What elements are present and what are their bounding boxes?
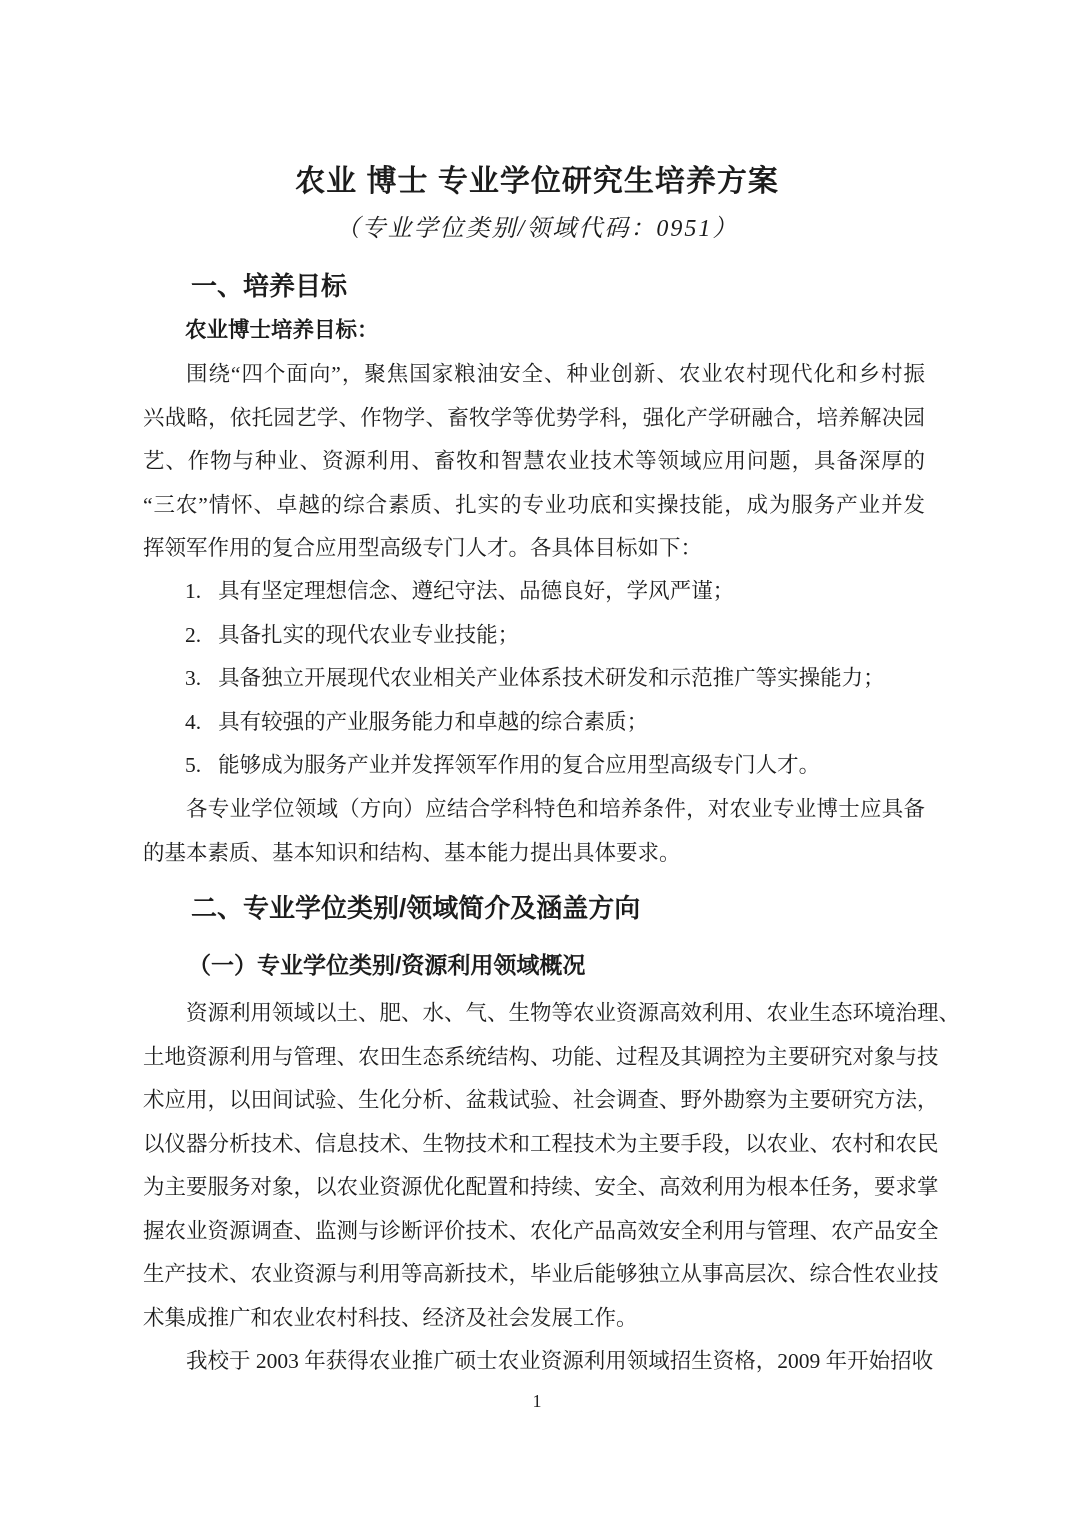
overview-paragraph: 资源利用领域以土、肥、水、气、生物等农业资源高效利用、农业生态环境治理、 土地资… <box>143 992 925 1340</box>
goal-number: 4. <box>185 701 201 745</box>
doc-subtitle: （专业学位类别/领域代码：0951） <box>0 209 1074 249</box>
paragraph-line: 围绕“四个面向”，聚焦国家粮油安全、种业创新、农业农村现代化和乡村振 <box>143 353 925 397</box>
paragraph-line: 为主要服务对象，以农业资源优化配置和持续、安全、高效利用为根本任务，要求掌 <box>143 1166 925 1210</box>
paragraph-line: “三农”情怀、卓越的综合素质、扎实的专业功底和实操技能，成为服务产业并发 <box>143 484 925 528</box>
goal-text: 具有坚定理想信念、遵纪守法、品德良好，学风严谨； <box>218 579 734 603</box>
paragraph-line: 生产技术、农业资源与利用等高新技术，毕业后能够独立从事高层次、综合性农业技 <box>143 1253 925 1297</box>
training-goal-label: 农业博士培养目标： <box>143 309 925 353</box>
goal-item: 4.具有较强的产业服务能力和卓越的综合素质； <box>143 701 925 745</box>
paragraph-line: 土地资源利用与管理、农田生态系统结构、功能、过程及其调控为主要研究对象与技 <box>143 1036 925 1080</box>
paragraph-line: 术集成推广和农业农村科技、经济及社会发展工作。 <box>143 1297 925 1341</box>
goal-item: 5.能够成为服务产业并发挥领军作用的复合应用型高级专门人才。 <box>143 744 925 788</box>
section-heading-training-goals: 一、培养目标 <box>143 266 925 306</box>
subsection-heading-resource-utilization: （一）专业学位类别/资源利用领域概况 <box>143 945 925 985</box>
paragraph-line: 我校于 2003 年获得农业推广硕士农业资源利用领域招生资格，2009 年开始招… <box>143 1340 925 1384</box>
goal-item: 1.具有坚定理想信念、遵纪守法、品德良好，学风严谨； <box>143 570 925 614</box>
paragraph-line: 资源利用领域以土、肥、水、气、生物等农业资源高效利用、农业生态环境治理、 <box>143 992 925 1036</box>
goal-list: 1.具有坚定理想信念、遵纪守法、品德良好，学风严谨； 2.具备扎实的现代农业专业… <box>143 570 925 788</box>
paragraph-line: 挥领军作用的复合应用型高级专门人才。各具体目标如下： <box>143 527 925 571</box>
goal-text: 具备独立开展现代农业相关产业体系技术研发和示范推广等实操能力； <box>218 666 885 690</box>
paragraph-line: 艺、作物与种业、资源利用、畜牧和智慧农业技术等领域应用问题，具备深厚的 <box>143 440 925 484</box>
paragraph-line: 各专业学位领域（方向）应结合学科特色和培养条件，对农业专业博士应具备 <box>143 788 925 832</box>
paragraph-line: 术应用，以田间试验、生化分析、盆栽试验、社会调查、野外勘察为主要研究方法， <box>143 1079 925 1123</box>
paragraph-line: 以仪器分析技术、信息技术、生物技术和工程技术为主要手段，以农业、农村和农民 <box>143 1123 925 1167</box>
history-paragraph: 我校于 2003 年获得农业推广硕士农业资源利用领域招生资格，2009 年开始招… <box>143 1340 925 1384</box>
page-number: 1 <box>0 1389 1074 1413</box>
paragraph-line: 的基本素质、基本知识和结构、基本能力提出具体要求。 <box>143 832 925 876</box>
document-page: 农业 博士 专业学位研究生培养方案 （专业学位类别/领域代码：0951） 一、培… <box>0 0 1074 1520</box>
section-heading-degree-fields: 二、专业学位类别/领域简介及涵盖方向 <box>143 886 925 930</box>
goal-text: 能够成为服务产业并发挥领军作用的复合应用型高级专门人才。 <box>218 753 820 777</box>
goal-text: 具有较强的产业服务能力和卓越的综合素质； <box>218 710 648 734</box>
goal-text: 具备扎实的现代农业专业技能； <box>218 623 519 647</box>
goal-item: 2.具备扎实的现代农业专业技能； <box>143 614 925 658</box>
goal-number: 2. <box>185 614 201 658</box>
goal-item: 3.具备独立开展现代农业相关产业体系技术研发和示范推广等实操能力； <box>143 657 925 701</box>
paragraph-line: 兴战略，依托园艺学、作物学、畜牧学等优势学科，强化产学研融合，培养解决园 <box>143 397 925 441</box>
intro-paragraph: 围绕“四个面向”，聚焦国家粮油安全、种业创新、农业农村现代化和乡村振 兴战略，依… <box>143 353 925 571</box>
paragraph-line: 握农业资源调查、监测与诊断评价技术、农化产品高效安全利用与管理、农产品安全 <box>143 1210 925 1254</box>
closing-paragraph: 各专业学位领域（方向）应结合学科特色和培养条件，对农业专业博士应具备 的基本素质… <box>143 788 925 875</box>
goal-number: 3. <box>185 657 201 701</box>
doc-title: 农业 博士 专业学位研究生培养方案 <box>0 160 1074 204</box>
goal-number: 1. <box>185 570 201 614</box>
goal-number: 5. <box>185 744 201 788</box>
